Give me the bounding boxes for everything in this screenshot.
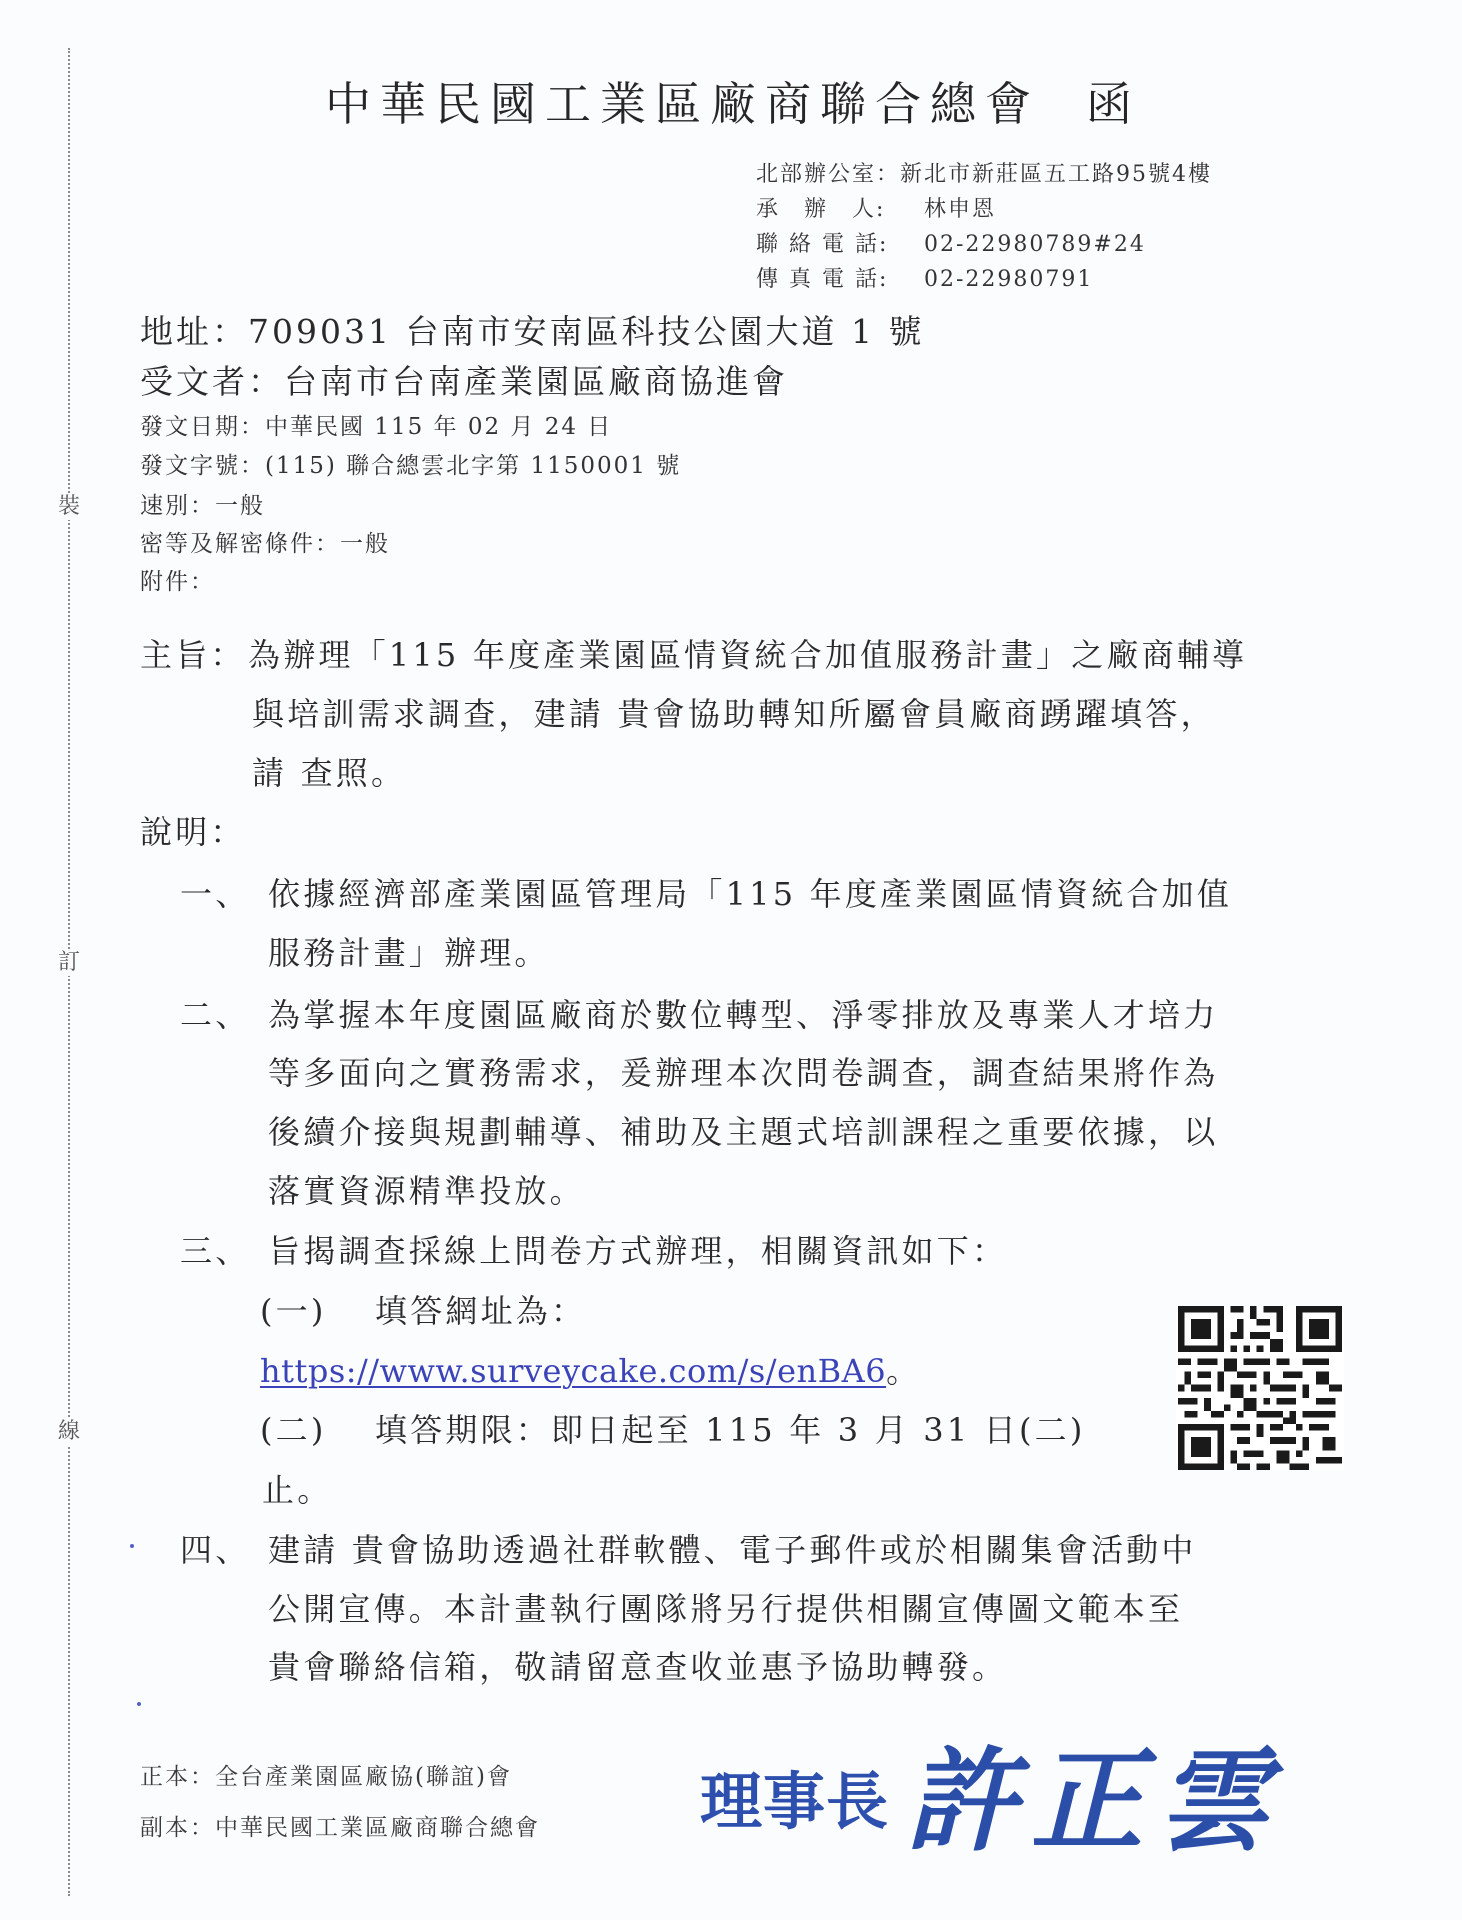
- phone-line: 聯 絡 電 話:02-22980789#24: [756, 230, 1146, 260]
- binding-label-ding: 訂: [58, 950, 80, 976]
- signature-name: 許正雲: [905, 1712, 1283, 1873]
- organization-name: 中華民國工業區廠商聯合總會: [325, 77, 1040, 131]
- binding-label-xian: 線: [58, 1419, 80, 1445]
- binding-label-zhuang: 裝: [58, 494, 80, 520]
- deadline-tail: 止。: [262, 1465, 332, 1511]
- subject-line-1: 為辦理「115 年度產業園區情資統合加值服務計畫」之廠商輔導: [248, 630, 1247, 676]
- scan-speck: [130, 1544, 134, 1548]
- item-4-line-1: 建請 貴會協助透過社群軟體、電子郵件或於相關集會活動中: [268, 1525, 1197, 1571]
- item-3-sub-2-marker: (二): [260, 1405, 327, 1451]
- fax-number: 02-22980791: [924, 267, 1093, 292]
- subject-line-2: 與培訓需求調查，建請 貴會協助轉知所屬會員廠商踴躍填答，: [252, 689, 1216, 735]
- item-4-line-2: 公開宣傳。本計畫執行團隊將另行提供相關宣傳圖文範本至: [268, 1584, 1183, 1630]
- explanation-label: 說明：: [140, 807, 246, 853]
- phone-number: 02-22980789#24: [924, 232, 1146, 257]
- office-address-line: 北部辦公室：新北市新莊區五工路95號4樓: [756, 160, 1212, 190]
- item-1-line-2: 服務計畫」辦理。: [268, 928, 550, 974]
- item-2-line-1: 為掌握本年度園區廠商於數位轉型、淨零排放及專業人才培力: [268, 990, 1218, 1036]
- item-1-marker: 一、: [180, 869, 250, 915]
- item-4-line-3: 貴會聯絡信箱，敬請留意查收並惠予協助轉發。: [268, 1642, 1007, 1688]
- subject-label: 主旨：: [140, 630, 246, 676]
- document-type: 函: [1086, 77, 1141, 131]
- signature-title: 理事長: [700, 1752, 889, 1841]
- subject-line-3: 請 查照。: [252, 748, 406, 794]
- item-3-sub-1-marker: (一): [260, 1286, 327, 1332]
- classification: 密等及解密條件：一般: [140, 525, 390, 558]
- copy-recipient: 副本：中華民國工業區廠商聯合總會: [140, 1809, 540, 1842]
- survey-url-line: https://www.surveycake.com/s/enBA6。: [260, 1346, 921, 1392]
- item-2-line-4: 落實資源精準投放。: [268, 1166, 585, 1212]
- recipient-name: 受文者：台南市台南產業園區廠商協進會: [140, 356, 788, 403]
- attachment: 附件：: [140, 563, 215, 596]
- survey-url-link[interactable]: https://www.surveycake.com/s/enBA6: [260, 1352, 886, 1390]
- item-4-marker: 四、: [180, 1525, 250, 1571]
- handler-line: 承 辦 人:林申恩: [756, 195, 996, 225]
- item-1-line-1: 依據經濟部產業園區管理局「115 年度產業園區情資統合加值: [268, 869, 1232, 915]
- office-address: 新北市新莊區五工路95號4樓: [900, 162, 1212, 187]
- recipient-address: 地址：709031 台南市安南區科技公園大道 1 號: [140, 306, 924, 353]
- scan-speck: [137, 1702, 141, 1706]
- issue-date: 發文日期：中華民國 115 年 02 月 24 日: [140, 408, 612, 441]
- delivery-speed: 速別：一般: [140, 487, 265, 520]
- document-number: 發文字號：(115) 聯合總雲北字第 1150001 號: [140, 447, 681, 480]
- qr-code-icon[interactable]: [1176, 1306, 1344, 1470]
- fax-line: 傳 真 電 話:02-22980791: [756, 265, 1093, 295]
- item-2-marker: 二、: [180, 990, 250, 1036]
- item-3-sub-1-text: 填答網址為：: [375, 1286, 586, 1332]
- handler-name: 林申恩: [924, 197, 996, 222]
- item-3-line-1: 旨揭調查採線上問卷方式辦理，相關資訊如下：: [268, 1226, 1007, 1272]
- document-title: 中華民國工業區廠商聯合總會函: [325, 68, 1141, 134]
- item-2-line-3: 後續介接與規劃輔導、補助及主題式培訓課程之重要依據，以: [268, 1107, 1218, 1153]
- item-3-marker: 三、: [180, 1226, 250, 1272]
- item-3-sub-2-text: 填答期限：即日起至 115 年 3 月 31 日(二): [375, 1405, 1086, 1451]
- original-recipient: 正本：全台產業園區廠協(聯誼)會: [140, 1758, 512, 1791]
- item-2-line-2: 等多面向之實務需求，爰辦理本次問卷調查，調查結果將作為: [268, 1048, 1218, 1094]
